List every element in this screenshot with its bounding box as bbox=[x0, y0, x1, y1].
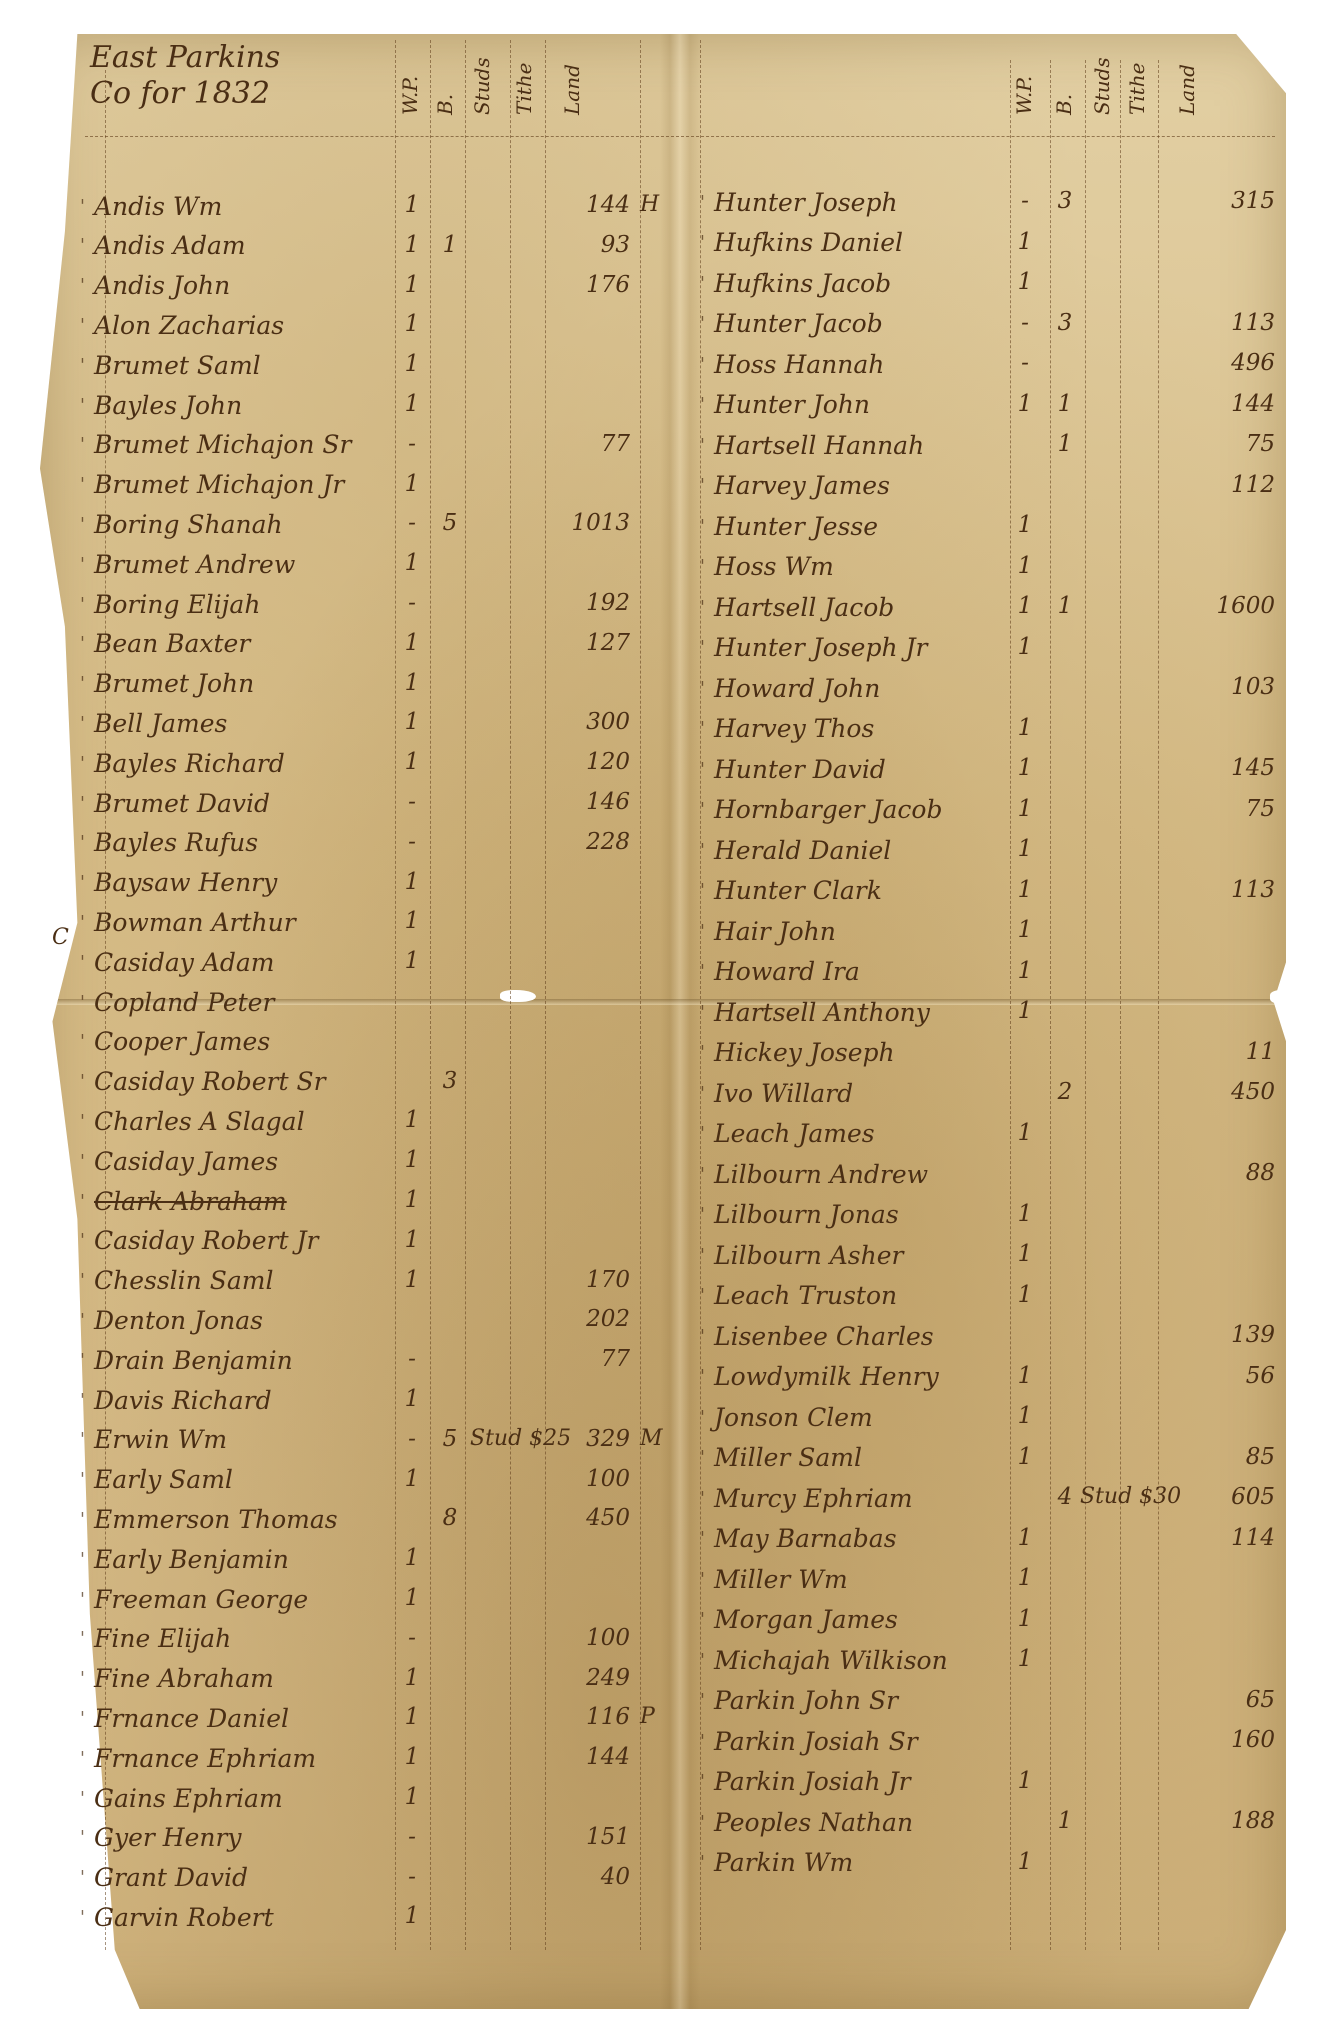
list-item: 'Charles A Slagal bbox=[80, 1101, 305, 1141]
list-item: 'Herald Daniel bbox=[700, 830, 891, 870]
stud-note: Stud $30 bbox=[1080, 1484, 1181, 1509]
list-item: 'Howard John bbox=[700, 668, 880, 708]
list-item: 'Casiday Robert Jr bbox=[80, 1221, 318, 1261]
taxpayer-name: Parkin Josiah Jr bbox=[714, 1767, 911, 1796]
tick-mark: ' bbox=[700, 1690, 714, 1711]
taxpayer-name: Brumet David bbox=[94, 789, 270, 818]
white-polls-value: 1 bbox=[392, 948, 432, 974]
tick-mark: ' bbox=[700, 1528, 714, 1549]
tick-mark: ' bbox=[80, 1509, 94, 1530]
white-polls-value: 1 bbox=[1005, 1849, 1045, 1875]
white-polls-value: 1 bbox=[1005, 229, 1045, 255]
tick-mark: ' bbox=[700, 840, 714, 861]
list-item: 'Gains Ephriam bbox=[80, 1778, 283, 1818]
taxpayer-name: Hornbarger Jacob bbox=[714, 795, 942, 824]
land-value: 300 bbox=[560, 709, 630, 735]
land-value: 192 bbox=[560, 590, 630, 616]
land-value: 450 bbox=[560, 1505, 630, 1531]
land-value: 605 bbox=[1205, 1484, 1275, 1510]
tick-mark: ' bbox=[80, 1350, 94, 1371]
land-value: 85 bbox=[1205, 1444, 1275, 1470]
white-polls-value: 1 bbox=[392, 869, 432, 895]
land-value: 75 bbox=[1205, 431, 1275, 457]
land-value: 145 bbox=[1205, 755, 1275, 781]
taxpayer-name: Leach James bbox=[714, 1119, 875, 1148]
tick-mark: ' bbox=[700, 1002, 714, 1023]
list-item: 'Hartsell Jacob bbox=[700, 587, 894, 627]
taxpayer-name: Grant David bbox=[94, 1863, 248, 1892]
header-rule bbox=[85, 136, 1275, 137]
white-polls-value: 1 bbox=[392, 471, 432, 497]
tick-mark: ' bbox=[700, 880, 714, 901]
tick-mark: ' bbox=[700, 597, 714, 618]
list-item: 'Leach Truston bbox=[700, 1276, 897, 1316]
list-item: 'Davis Richard bbox=[80, 1380, 272, 1420]
list-item: 'Morgan James bbox=[700, 1600, 898, 1640]
black-polls-value: 3 bbox=[1045, 188, 1085, 214]
white-polls-value: 1 bbox=[392, 351, 432, 377]
list-item: 'Hoss Hannah bbox=[700, 344, 884, 384]
list-item: 'Frnance Ephriam bbox=[80, 1738, 316, 1778]
white-polls-value: - bbox=[392, 1625, 432, 1651]
list-item: 'Alon Zacharias bbox=[80, 305, 284, 345]
white-polls-value: 1 bbox=[392, 311, 432, 337]
list-item: 'Lilbourn Jonas bbox=[700, 1195, 899, 1235]
white-polls-value: 1 bbox=[392, 1187, 432, 1213]
tick-mark: ' bbox=[700, 1204, 714, 1225]
land-value: 249 bbox=[560, 1665, 630, 1691]
taxpayer-name: Frnance Daniel bbox=[94, 1704, 289, 1733]
tick-mark: ' bbox=[80, 1390, 94, 1411]
tick-mark: ' bbox=[700, 1569, 714, 1590]
land-value: 40 bbox=[560, 1864, 630, 1890]
column-rule bbox=[640, 40, 641, 1950]
taxpayer-name: Ivo Willard bbox=[714, 1079, 853, 1108]
tick-mark: ' bbox=[700, 354, 714, 375]
land-value: 103 bbox=[1205, 674, 1275, 700]
taxpayer-name: Lowdymilk Henry bbox=[714, 1362, 939, 1391]
white-polls-value: 1 bbox=[1005, 269, 1045, 295]
list-item: 'Erwin Wm bbox=[80, 1420, 227, 1460]
white-polls-value: - bbox=[1005, 188, 1045, 214]
taxpayer-name: Miller Wm bbox=[714, 1565, 848, 1594]
land-value: 75 bbox=[1205, 796, 1275, 822]
list-item: 'Andis John bbox=[80, 266, 230, 306]
taxpayer-name: Bayles John bbox=[94, 391, 242, 420]
list-item: 'Brumet Andrew bbox=[80, 544, 295, 584]
taxpayer-name: May Barnabas bbox=[714, 1524, 897, 1553]
white-polls-value: 1 bbox=[392, 391, 432, 417]
white-polls-value: 1 bbox=[1005, 1646, 1045, 1672]
taxpayer-name: Charles A Slagal bbox=[94, 1107, 305, 1136]
land-value: 496 bbox=[1205, 350, 1275, 376]
margin-mark: P bbox=[640, 1704, 655, 1729]
white-polls-value: 1 bbox=[392, 1227, 432, 1253]
tick-mark: ' bbox=[80, 1827, 94, 1848]
taxpayer-name: Early Benjamin bbox=[94, 1545, 289, 1574]
list-item: 'May Barnabas bbox=[700, 1519, 897, 1559]
tick-mark: ' bbox=[80, 275, 94, 296]
list-item: 'Andis Wm bbox=[80, 186, 222, 226]
tick-mark: ' bbox=[700, 516, 714, 537]
taxpayer-name: Lilbourn Andrew bbox=[714, 1160, 928, 1189]
tick-mark: ' bbox=[700, 313, 714, 334]
land-value: 315 bbox=[1205, 188, 1275, 214]
taxpayer-name: Hunter Jacob bbox=[714, 309, 883, 338]
black-polls-value: 8 bbox=[430, 1505, 470, 1531]
list-item: 'Casiday Adam bbox=[80, 942, 275, 982]
column-header: W.P. bbox=[1012, 45, 1036, 115]
tick-mark: ' bbox=[80, 1151, 94, 1172]
taxpayer-name: Andis Adam bbox=[94, 231, 246, 260]
tick-mark: ' bbox=[700, 799, 714, 820]
tick-mark: ' bbox=[80, 315, 94, 336]
list-item: 'Hartsell Hannah bbox=[700, 425, 924, 465]
document-title: East Parkins Co for 1832 bbox=[90, 40, 390, 112]
taxpayer-name: Cooper James bbox=[94, 1027, 270, 1056]
list-item: 'Lowdymilk Henry bbox=[700, 1357, 939, 1397]
taxpayer-name: Jonson Clem bbox=[714, 1403, 873, 1432]
black-polls-value: 2 bbox=[1045, 1079, 1085, 1105]
vertical-fold bbox=[660, 34, 700, 2009]
white-polls-value: 1 bbox=[392, 749, 432, 775]
land-value: 146 bbox=[560, 789, 630, 815]
land-value: 116 bbox=[560, 1704, 630, 1730]
list-item: 'Emmerson Thomas bbox=[80, 1499, 338, 1539]
list-item: 'Hufkins Daniel bbox=[700, 223, 903, 263]
column-header: Tithe bbox=[1125, 45, 1149, 115]
taxpayer-name: Boring Shanah bbox=[94, 510, 283, 539]
tick-mark: ' bbox=[80, 514, 94, 535]
land-value: 144 bbox=[1205, 391, 1275, 417]
list-item: 'Grant David bbox=[80, 1858, 248, 1898]
tick-mark: ' bbox=[700, 1488, 714, 1509]
white-polls-value: 1 bbox=[1005, 958, 1045, 984]
column-rule bbox=[1158, 60, 1159, 1950]
list-item: 'Cooper James bbox=[80, 1022, 270, 1062]
white-polls-value: - bbox=[392, 1864, 432, 1890]
land-value: 1013 bbox=[560, 510, 630, 536]
column-header: B. bbox=[1052, 45, 1076, 115]
white-polls-value: 1 bbox=[392, 272, 432, 298]
land-value: 144 bbox=[560, 192, 630, 218]
white-polls-value: - bbox=[1005, 350, 1045, 376]
list-item: 'Early Saml bbox=[80, 1460, 233, 1500]
tick-mark: ' bbox=[700, 1650, 714, 1671]
paper-tear bbox=[500, 990, 536, 1002]
tick-mark: ' bbox=[700, 1245, 714, 1266]
land-value: 450 bbox=[1205, 1079, 1275, 1105]
column-rule bbox=[510, 40, 511, 1950]
land-value: 228 bbox=[560, 829, 630, 855]
white-polls-value: 1 bbox=[392, 1704, 432, 1730]
taxpayer-name: Emmerson Thomas bbox=[94, 1505, 338, 1534]
taxpayer-name: Hufkins Daniel bbox=[714, 228, 903, 257]
column-header: B. bbox=[433, 45, 457, 115]
taxpayer-name: Hunter Joseph bbox=[714, 188, 898, 217]
taxpayer-name: Brumet Michajon Sr bbox=[94, 430, 351, 459]
white-polls-value: - bbox=[392, 1426, 432, 1452]
white-polls-value: 1 bbox=[1005, 634, 1045, 660]
column-rule bbox=[545, 40, 546, 1950]
list-item: 'Peoples Nathan bbox=[700, 1802, 913, 1842]
white-polls-value: 1 bbox=[392, 1107, 432, 1133]
taxpayer-name: Chesslin Saml bbox=[94, 1266, 273, 1295]
list-item: 'Gyer Henry bbox=[80, 1818, 242, 1858]
list-item: 'Hunter Joseph Jr bbox=[700, 628, 927, 668]
tick-mark: ' bbox=[80, 355, 94, 376]
list-item: 'Miller Saml bbox=[700, 1438, 862, 1478]
taxpayer-name: Parkin Josiah Sr bbox=[714, 1727, 918, 1756]
white-polls-value: 1 bbox=[392, 1147, 432, 1173]
paper-tear bbox=[1270, 990, 1300, 1004]
list-item: 'Hunter Jesse bbox=[700, 506, 878, 546]
taxpayer-name: Bayles Richard bbox=[94, 749, 285, 778]
tick-mark: ' bbox=[700, 1285, 714, 1306]
list-item: 'Casiday James bbox=[80, 1141, 278, 1181]
taxpayer-name: Casiday James bbox=[94, 1147, 278, 1176]
white-polls-value: 1 bbox=[1005, 1120, 1045, 1146]
white-polls-value: 1 bbox=[1005, 1768, 1045, 1794]
tick-mark: ' bbox=[80, 1549, 94, 1570]
taxpayer-name: Parkin Wm bbox=[714, 1848, 853, 1877]
land-value: 56 bbox=[1205, 1363, 1275, 1389]
taxpayer-name: Fine Elijah bbox=[94, 1624, 231, 1653]
taxpayer-name: Andis John bbox=[94, 271, 230, 300]
white-polls-value: 1 bbox=[1005, 836, 1045, 862]
land-value: 65 bbox=[1205, 1687, 1275, 1713]
tick-mark: ' bbox=[700, 1326, 714, 1347]
taxpayer-name: Drain Benjamin bbox=[94, 1346, 293, 1375]
tick-mark: ' bbox=[80, 434, 94, 455]
taxpayer-name: Hunter Jesse bbox=[714, 512, 878, 541]
taxpayer-name: Brumet Saml bbox=[94, 351, 261, 380]
white-polls-value: 1 bbox=[1005, 512, 1045, 538]
list-item: 'Bayles Rufus bbox=[80, 823, 258, 863]
list-item: 'Lilbourn Andrew bbox=[700, 1154, 928, 1194]
land-value: 120 bbox=[560, 749, 630, 775]
tick-mark: ' bbox=[80, 832, 94, 853]
land-value: 1600 bbox=[1205, 593, 1275, 619]
list-item: 'Frnance Daniel bbox=[80, 1698, 289, 1738]
white-polls-value: 1 bbox=[1005, 593, 1045, 619]
list-item: 'Copland Peter bbox=[80, 982, 274, 1022]
column-header: Land bbox=[560, 45, 584, 115]
taxpayer-name: Hunter David bbox=[714, 755, 886, 784]
white-polls-value: 1 bbox=[392, 1744, 432, 1770]
black-polls-value: 3 bbox=[1045, 310, 1085, 336]
land-value: 77 bbox=[560, 1346, 630, 1372]
white-polls-value: 1 bbox=[1005, 1282, 1045, 1308]
list-item: 'Brumet David bbox=[80, 783, 270, 823]
column-rule bbox=[1050, 60, 1051, 1950]
tick-mark: ' bbox=[80, 196, 94, 217]
tick-mark: ' bbox=[80, 554, 94, 575]
column-rule bbox=[1120, 60, 1121, 1950]
tick-mark: ' bbox=[700, 961, 714, 982]
list-item: 'Boring Elijah bbox=[80, 584, 260, 624]
land-value: 100 bbox=[560, 1466, 630, 1492]
land-value: 113 bbox=[1205, 877, 1275, 903]
taxpayer-name: Lilbourn Jonas bbox=[714, 1200, 899, 1229]
tick-mark: ' bbox=[700, 435, 714, 456]
tick-mark: ' bbox=[80, 952, 94, 973]
taxpayer-name: Hunter John bbox=[714, 390, 870, 419]
taxpayer-name: Brumet Andrew bbox=[94, 550, 295, 579]
white-polls-value: 1 bbox=[1005, 1403, 1045, 1429]
tick-mark: ' bbox=[700, 1407, 714, 1428]
tick-mark: ' bbox=[700, 1609, 714, 1630]
taxpayer-name: Brumet Michajon Jr bbox=[94, 470, 344, 499]
tick-mark: ' bbox=[700, 1771, 714, 1792]
white-polls-value: 1 bbox=[392, 1386, 432, 1412]
white-polls-value: 1 bbox=[1005, 553, 1045, 579]
white-polls-value: 1 bbox=[1005, 917, 1045, 943]
white-polls-value: 1 bbox=[1005, 715, 1045, 741]
taxpayer-name: Bowman Arthur bbox=[94, 908, 296, 937]
black-polls-value: 4 bbox=[1045, 1484, 1085, 1510]
taxpayer-name: Frnance Ephriam bbox=[94, 1744, 316, 1773]
list-item: 'Early Benjamin bbox=[80, 1539, 289, 1579]
black-polls-value: 1 bbox=[1045, 391, 1085, 417]
list-item: 'Parkin Josiah Sr bbox=[700, 1721, 918, 1761]
list-item: 'Hunter Jacob bbox=[700, 304, 883, 344]
white-polls-value: - bbox=[392, 590, 432, 616]
white-polls-value: 1 bbox=[1005, 391, 1045, 417]
tick-mark: ' bbox=[700, 556, 714, 577]
taxpayer-name: Gyer Henry bbox=[94, 1823, 242, 1852]
list-item: 'Garvin Robert bbox=[80, 1897, 274, 1937]
taxpayer-name: Parkin John Sr bbox=[714, 1686, 898, 1715]
white-polls-value: - bbox=[392, 789, 432, 815]
tick-mark: ' bbox=[700, 1812, 714, 1833]
list-item: 'Drain Benjamin bbox=[80, 1340, 293, 1380]
tick-mark: ' bbox=[700, 678, 714, 699]
tick-mark: ' bbox=[700, 1083, 714, 1104]
list-item: 'Harvey James bbox=[700, 466, 890, 506]
list-item: 'Fine Abraham bbox=[80, 1659, 274, 1699]
tick-mark: ' bbox=[80, 633, 94, 654]
land-value: 114 bbox=[1205, 1525, 1275, 1551]
taxpayer-name: Harvey Thos bbox=[714, 714, 874, 743]
tick-mark: ' bbox=[80, 1708, 94, 1729]
list-item: 'Clark Abraham bbox=[80, 1181, 287, 1221]
tick-mark: ' bbox=[700, 921, 714, 942]
list-item: 'Harvey Thos bbox=[700, 709, 874, 749]
taxpayer-name: Hartsell Anthony bbox=[714, 998, 930, 1027]
column-header: Studs bbox=[1090, 45, 1114, 115]
list-item: 'Parkin John Sr bbox=[700, 1681, 898, 1721]
list-item: 'Parkin Josiah Jr bbox=[700, 1762, 911, 1802]
list-item: 'Andis Adam bbox=[80, 226, 246, 266]
title-line-2: Co for 1832 bbox=[90, 76, 390, 112]
black-polls-value: 1 bbox=[1045, 1808, 1085, 1834]
white-polls-value: 1 bbox=[1005, 877, 1045, 903]
list-item: 'Bowman Arthur bbox=[80, 902, 296, 942]
tick-mark: ' bbox=[80, 395, 94, 416]
land-value: 112 bbox=[1205, 472, 1275, 498]
white-polls-value: 1 bbox=[392, 1466, 432, 1492]
taxpayer-name: Hartsell Jacob bbox=[714, 593, 894, 622]
list-item: 'Bell James bbox=[80, 703, 227, 743]
tick-mark: ' bbox=[80, 1031, 94, 1052]
tick-mark: ' bbox=[80, 1429, 94, 1450]
taxpayer-name: Erwin Wm bbox=[94, 1425, 227, 1454]
tick-mark: ' bbox=[80, 1310, 94, 1331]
tick-mark: ' bbox=[700, 1123, 714, 1144]
taxpayer-name: Denton Jonas bbox=[94, 1306, 263, 1335]
tick-mark: ' bbox=[80, 673, 94, 694]
black-polls-value: 1 bbox=[430, 232, 470, 258]
white-polls-value: 1 bbox=[1005, 1241, 1045, 1267]
land-value: 77 bbox=[560, 431, 630, 457]
tick-mark: ' bbox=[700, 718, 714, 739]
tick-mark: ' bbox=[700, 232, 714, 253]
taxpayer-name: Fine Abraham bbox=[94, 1664, 274, 1693]
taxpayer-name: Hunter Joseph Jr bbox=[714, 633, 927, 662]
taxpayer-name: Garvin Robert bbox=[94, 1903, 274, 1932]
tick-mark: ' bbox=[80, 1230, 94, 1251]
list-item: 'Denton Jonas bbox=[80, 1300, 263, 1340]
white-polls-value: 1 bbox=[1005, 998, 1045, 1024]
white-polls-value: - bbox=[392, 431, 432, 457]
land-value: 176 bbox=[560, 272, 630, 298]
taxpayer-name: Brumet John bbox=[94, 669, 254, 698]
land-value: 88 bbox=[1205, 1160, 1275, 1186]
taxpayer-name: Herald Daniel bbox=[714, 836, 891, 865]
land-value: 188 bbox=[1205, 1808, 1275, 1834]
list-item: 'Murcy Ephriam bbox=[700, 1478, 913, 1518]
taxpayer-name: Gains Ephriam bbox=[94, 1784, 283, 1813]
list-item: 'Casiday Robert Sr bbox=[80, 1062, 326, 1102]
tick-mark: ' bbox=[700, 475, 714, 496]
list-item: 'Leach James bbox=[700, 1114, 875, 1154]
white-polls-value: 1 bbox=[1005, 1606, 1045, 1632]
list-item: 'Miller Wm bbox=[700, 1559, 848, 1599]
list-item: 'Hunter Joseph bbox=[700, 182, 898, 222]
white-polls-value: - bbox=[392, 1824, 432, 1850]
taxpayer-name: Hufkins Jacob bbox=[714, 269, 891, 298]
black-polls-value: 1 bbox=[1045, 593, 1085, 619]
taxpayer-name: Morgan James bbox=[714, 1605, 898, 1634]
taxpayer-name: Baysaw Henry bbox=[94, 868, 277, 897]
tick-mark: ' bbox=[80, 1867, 94, 1888]
list-item: 'Bean Baxter bbox=[80, 624, 250, 664]
taxpayer-name: Hartsell Hannah bbox=[714, 431, 924, 460]
taxpayer-name: Casiday Adam bbox=[94, 948, 275, 977]
tick-mark: ' bbox=[700, 759, 714, 780]
taxpayer-name: Howard Ira bbox=[714, 957, 860, 986]
list-item: 'Jonson Clem bbox=[700, 1397, 873, 1437]
white-polls-value: - bbox=[392, 510, 432, 536]
white-polls-value: 1 bbox=[1005, 796, 1045, 822]
tick-mark: ' bbox=[80, 1907, 94, 1928]
list-item: 'Hoss Wm bbox=[700, 547, 834, 587]
white-polls-value: 1 bbox=[392, 670, 432, 696]
tick-mark: ' bbox=[80, 1589, 94, 1610]
list-item: 'Michajah Wilkison bbox=[700, 1640, 948, 1680]
taxpayer-name: Murcy Ephriam bbox=[714, 1484, 913, 1513]
taxpayer-name: Peoples Nathan bbox=[714, 1808, 913, 1837]
white-polls-value: - bbox=[392, 1346, 432, 1372]
taxpayer-name: Bean Baxter bbox=[94, 629, 250, 658]
taxpayer-name: Freeman George bbox=[94, 1585, 308, 1614]
column-rule bbox=[465, 40, 466, 1950]
column-header: W.P. bbox=[398, 45, 422, 115]
tick-mark: ' bbox=[80, 753, 94, 774]
white-polls-value: 1 bbox=[392, 1665, 432, 1691]
black-polls-value: 5 bbox=[430, 510, 470, 536]
